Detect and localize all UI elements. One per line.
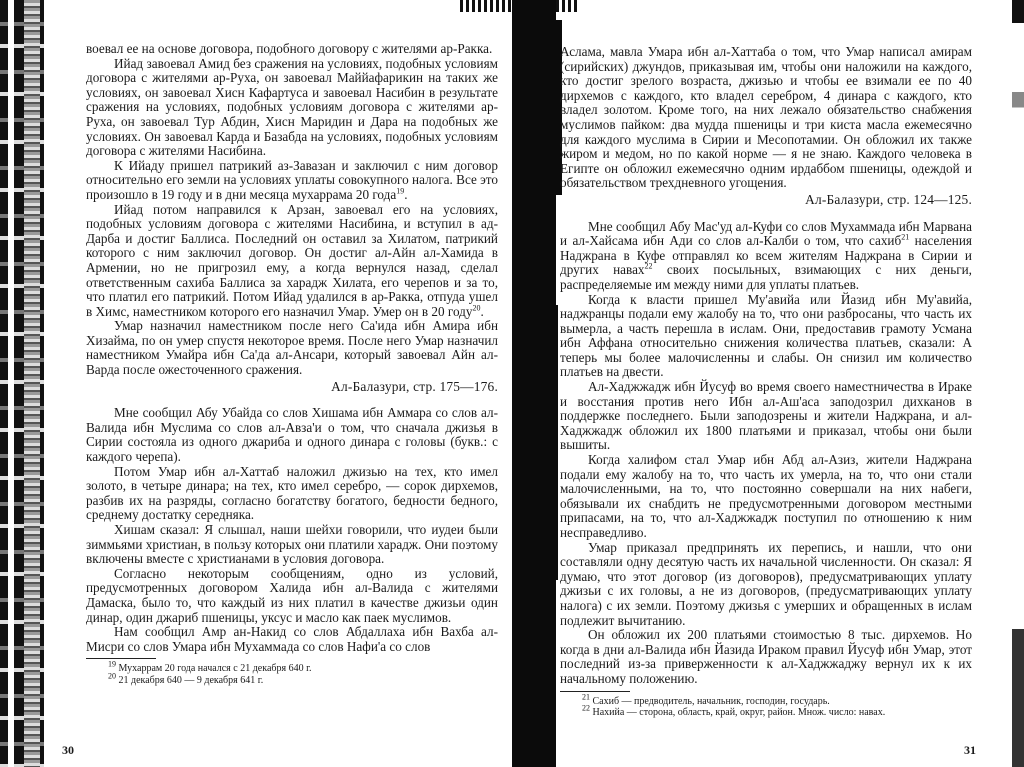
paragraph: Ал-Хаджжадж ибн Йусуф во время своего на… bbox=[560, 380, 972, 453]
paragraph: Мне сообщил Абу Убайда со слов Хишама иб… bbox=[86, 406, 498, 464]
paragraph: Он обложил их 200 платьями стоимостью 8 … bbox=[560, 628, 972, 686]
paragraph: Ийад потом направился к Арзан, завоевал … bbox=[86, 203, 498, 320]
footnote-divider bbox=[86, 658, 156, 659]
footnotes: 21 Сахиб — предводитель, начальник, госп… bbox=[560, 696, 972, 719]
footnote: 20 21 декабря 640 — 9 декабря 641 г. bbox=[108, 675, 498, 687]
paragraph: К Ийаду пришел патрикий аз-Завазан и зак… bbox=[86, 159, 498, 203]
book-gutter-shadow-upper bbox=[540, 20, 562, 195]
footnote: 21 Сахиб — предводитель, начальник, госп… bbox=[582, 696, 972, 708]
footnote-divider bbox=[560, 691, 630, 692]
page-number: 30 bbox=[62, 743, 74, 758]
paragraph: Хишам сказал: Я слышал, наши шейхи говор… bbox=[86, 523, 498, 567]
paragraph: Потом Умар ибн ал-Хаттаб наложил джизью … bbox=[86, 465, 498, 523]
right-page: Аслама, мавла Умара ибн ал-Хаттаба о том… bbox=[560, 0, 972, 767]
footnote-ref: 22 bbox=[645, 262, 653, 271]
paragraph: Когда к власти пришел Му'авийа или Йазид… bbox=[560, 293, 972, 381]
paragraph: воевал ее на основе договора, подобного … bbox=[86, 42, 498, 57]
paragraph: Согласно некоторым сообщениям, одно из у… bbox=[86, 567, 498, 625]
footnote: 19 Мухаррам 20 года начался с 21 декабря… bbox=[108, 663, 498, 675]
source-citation: Ал-Балазури, стр. 175—176. bbox=[86, 380, 498, 395]
paragraph: Умар назначил наместником после него Са'… bbox=[86, 319, 498, 377]
right-page-body: Аслама, мавла Умара ибн ал-Хаттаба о том… bbox=[560, 45, 972, 719]
left-page-body: воевал ее на основе договора, подобного … bbox=[86, 42, 498, 686]
paragraph: Нам сообщил Амр ан-Накид со слов Абдалла… bbox=[86, 625, 498, 654]
source-citation: Ал-Балазури, стр. 124—125. bbox=[560, 193, 972, 208]
footnote: 22 Нахийа — сторона, область, край, окру… bbox=[582, 707, 972, 719]
paragraph: Мне сообщил Абу Мас'уд ал-Куфи со слов М… bbox=[560, 220, 972, 293]
paragraph: Умар приказал предпринять их перепись, и… bbox=[560, 541, 972, 629]
scan-edge-right bbox=[1012, 0, 1024, 767]
left-page: воевал ее на основе договора, подобного … bbox=[86, 0, 498, 767]
paragraph: Когда халифом стал Умар ибн Абд ал-Азиз,… bbox=[560, 453, 972, 541]
page-number: 31 bbox=[964, 743, 976, 758]
paragraph: Аслама, мавла Умара ибн ал-Хаттаба о том… bbox=[560, 45, 972, 191]
footnotes: 19 Мухаррам 20 года начался с 21 декабря… bbox=[86, 663, 498, 686]
footnote-ref: 21 bbox=[901, 233, 909, 242]
book-gutter-shadow-lower bbox=[540, 305, 558, 580]
scan-edge-left-pages bbox=[24, 0, 40, 767]
paragraph: Ийад завоевал Амид без сражения на услов… bbox=[86, 57, 498, 159]
